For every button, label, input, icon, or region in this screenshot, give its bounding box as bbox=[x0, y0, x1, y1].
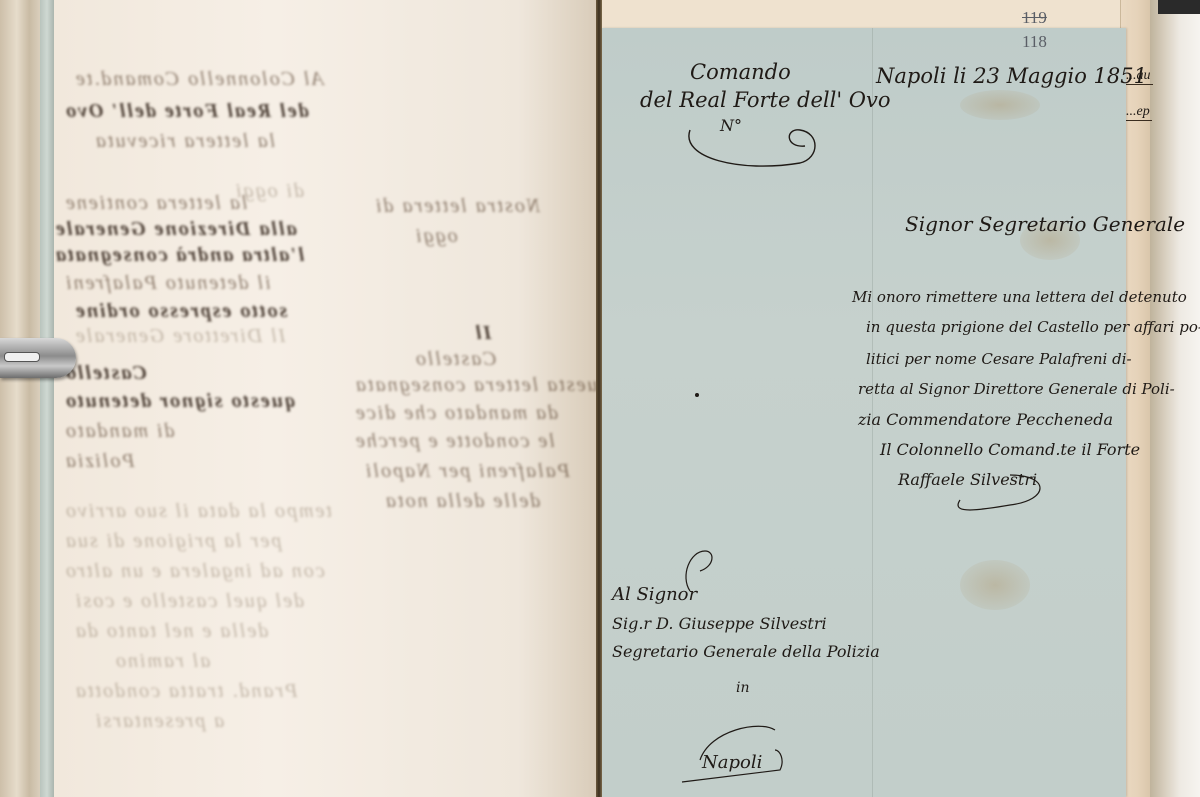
address-line-4: in bbox=[736, 680, 750, 696]
bleed-line: alla Direzione Generale bbox=[54, 218, 297, 241]
bleed-line: tempo la data il suo arrivo bbox=[64, 500, 332, 523]
bleed-line: la lettera contiene bbox=[64, 192, 248, 215]
bleed-line: Nostra lettera di bbox=[374, 195, 540, 218]
body-line: retta al Signor Direttore Generale di Po… bbox=[858, 380, 1175, 398]
bleed-line: il detenuto Palafreni bbox=[64, 272, 271, 295]
bleed-line: sotto espresso ordine bbox=[74, 300, 287, 323]
bleed-line: del quel castello e cosi bbox=[74, 590, 304, 613]
letterhead-flourish-icon bbox=[680, 118, 830, 178]
body-line: in questa prigione del Castello per affa… bbox=[866, 318, 1200, 336]
address-line-2: Sig.r D. Giuseppe Silvestri bbox=[612, 614, 827, 633]
body-line: zia Commendatore Peccheneda bbox=[858, 410, 1113, 429]
bleed-line: Il Direttore Generale bbox=[74, 325, 286, 348]
letterhead-line-2: del Real Forte dell' Ovo bbox=[640, 88, 891, 112]
bleed-line: Il bbox=[474, 322, 491, 345]
bleed-line: da mandato che dice bbox=[354, 402, 558, 425]
paper-stain bbox=[960, 90, 1040, 120]
bleed-line: Polizia bbox=[64, 450, 135, 473]
body-line: litici per nome Cesare Palafreni di- bbox=[866, 350, 1132, 368]
ink-dot bbox=[695, 393, 699, 397]
folio-number: 118 bbox=[1022, 32, 1047, 52]
bleed-line: questa lettera consegnata bbox=[354, 374, 610, 397]
bleed-line: questo signor detenuto bbox=[64, 390, 295, 413]
bleed-line: la lettera ricevuta bbox=[94, 130, 275, 153]
dateline: Napoli li 23 Maggio 1851 bbox=[876, 64, 1147, 88]
address-flourish-icon bbox=[680, 720, 790, 790]
bleed-line: l'altra andrà consegnata bbox=[54, 244, 304, 267]
paper-stain bbox=[960, 560, 1030, 610]
signature-flourish-icon bbox=[940, 470, 1060, 520]
address-flourish-icon bbox=[660, 546, 720, 596]
bleed-line: delle della nota bbox=[384, 490, 540, 513]
bleed-line: a presentarsi bbox=[94, 710, 224, 733]
binder-clip-slot bbox=[4, 352, 40, 362]
letterhead-line-1: Comando bbox=[690, 60, 791, 84]
bleed-line: Al Colonnello Comand.te bbox=[74, 68, 324, 91]
bleed-line: di mandato bbox=[64, 420, 175, 443]
bleed-line: Prand. tratta condotta bbox=[74, 680, 297, 703]
bleed-line: con ad ingalera e un altro bbox=[64, 560, 325, 583]
folio-number-old: 119 bbox=[1022, 8, 1047, 28]
left-page-verso: Al Colonnello Comand.te del Real Forte d… bbox=[54, 0, 600, 797]
bleed-line: al ramino bbox=[114, 650, 210, 673]
signature-title: Il Colonnello Comand.te il Forte bbox=[880, 440, 1140, 459]
torn-paper-edges bbox=[1150, 0, 1200, 797]
dark-background-corner bbox=[1158, 0, 1200, 14]
salutation: Signor Segretario Generale bbox=[905, 212, 1185, 236]
address-line-3: Segretario Generale della Polizia bbox=[612, 642, 880, 661]
bleed-line: per la prigione di sua bbox=[64, 530, 281, 553]
bleed-line: le condotte e perche bbox=[354, 430, 555, 453]
bleed-line: Castello bbox=[414, 348, 497, 371]
bleed-line: oggi bbox=[414, 225, 458, 248]
body-line: Mi onoro rimettere una lettera del deten… bbox=[852, 288, 1187, 306]
book-binding-edge bbox=[0, 0, 42, 797]
bleed-line: Palafreni per Napoli bbox=[364, 460, 570, 483]
binding-tape bbox=[40, 0, 54, 797]
bleed-line: Castello bbox=[64, 362, 147, 385]
margin-note: ...ep bbox=[1124, 104, 1152, 121]
bleed-line: della e nel tanto da bbox=[74, 620, 268, 643]
bleed-line: del Real Forte dell' Ovo bbox=[64, 100, 309, 123]
